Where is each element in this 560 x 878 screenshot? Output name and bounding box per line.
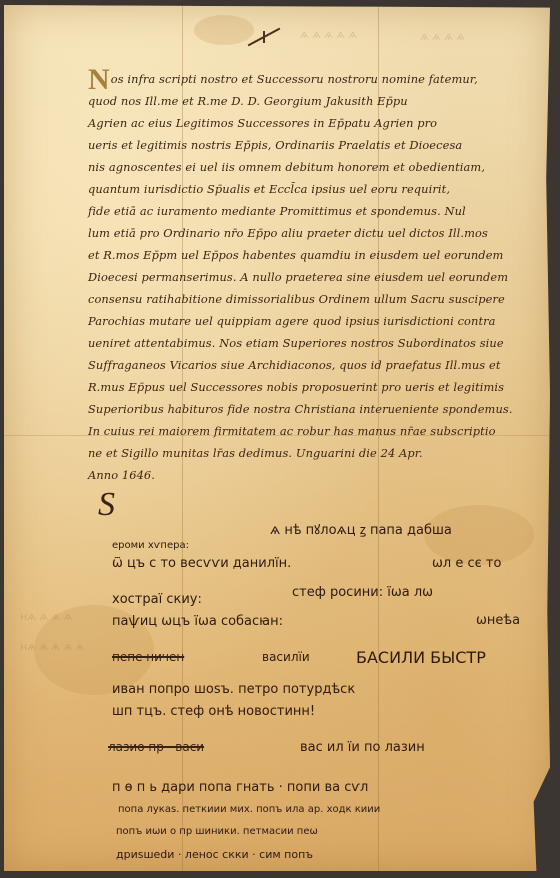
bleed-through-text: нѧ ѧ ѧ ѧ ѧ bbox=[20, 640, 84, 653]
bleed-through-text: ѧ ѧ ѧ ѧ bbox=[420, 30, 465, 43]
signature-line: ѿ цъ с то весѵѵи данилїн. bbox=[112, 556, 291, 571]
latin-line: In cuius rei maiorem firmitatem ac robur… bbox=[88, 420, 536, 442]
struck-signature: лазио пр · васи bbox=[108, 740, 204, 754]
latin-line: Dioecesi permanserimus. A nullo praetere… bbox=[88, 266, 536, 288]
page-flourish: S bbox=[98, 486, 115, 524]
signature-line: хостраї скиу: bbox=[112, 592, 202, 607]
latin-line: ueniret attentabimus. Nos etiam Superior… bbox=[88, 332, 536, 354]
latin-line: Agrien ac eius Legitimos Successores in … bbox=[88, 112, 536, 134]
latin-line: ueris et legitimis nostris Ep̄pis, Ordin… bbox=[88, 134, 536, 156]
bleed-through-text: нѧ ѧ ѧ ѧ bbox=[20, 610, 72, 623]
signature-line: ѡнеѣа bbox=[476, 613, 520, 628]
bleed-through-text: ѧ ѧ ѧ ѧ ѧ bbox=[300, 28, 357, 41]
latin-line: R.mus Ep̄pus uel Successores nobis propo… bbox=[88, 376, 536, 398]
signature-line: ероми хѵпера: bbox=[112, 540, 189, 551]
latin-line: Anno 1646. bbox=[88, 464, 536, 486]
latin-line: fide etiā ac iuramento mediante Promitti… bbox=[88, 200, 536, 222]
signature-line: попъ иѡи о пр шиники. петмасии пеѡ bbox=[116, 826, 318, 837]
signature-line: дриѕшеdи · ленос скки · сим попъ bbox=[116, 848, 313, 861]
signature-line: паѱиц ѡцъ їѡа собасꙗн: bbox=[112, 614, 283, 629]
stain bbox=[194, 15, 254, 45]
signature-line: ѧ нѣ пꙋлоѧц ꙁ папа дабша bbox=[270, 520, 452, 538]
signature-line: иван попро шоѕъ. петро потурдѣск bbox=[112, 682, 355, 697]
latin-line: Nos infra scripti nostro et Successoru n… bbox=[88, 68, 536, 90]
signature-line: попа лукаѕ. петкиии мих. попъ ила ар. хо… bbox=[118, 804, 380, 815]
signature-line: ѡл е сє то bbox=[432, 556, 501, 571]
latin-body: Nos infra scripti nostro et Successoru n… bbox=[88, 68, 536, 486]
signature-line: шп тцъ. стеф онѣ новостинн! bbox=[112, 704, 315, 719]
signature-line: п ѳ п ь дари попа гнать · попи ва сѵл bbox=[112, 780, 368, 795]
signature-line: БАСИЛИ БЫСТР bbox=[356, 648, 486, 667]
signature-line: ваc ил їи по лазин bbox=[300, 740, 425, 755]
latin-line: quod nos Ill.me et R.me D. D. Georgium J… bbox=[88, 90, 536, 112]
latin-line: nis agnoscentes ei uel iis omnem debitum… bbox=[88, 156, 536, 178]
latin-line: Superioribus habituros fide nostra Chris… bbox=[88, 398, 536, 420]
signature-line: стеф росини: їѡа лѡ bbox=[292, 585, 433, 600]
latin-line: lum etiā pro Ordinario nr̄o Ep̄po aliu p… bbox=[88, 222, 536, 244]
latin-line: ne et Sigillo munitas lr̄as dedimus. Ung… bbox=[88, 442, 536, 464]
latin-line: Parochias mutare uel quippiam agere quod… bbox=[88, 310, 536, 332]
latin-line: et R.mos Ep̄pm uel Ep̄pos habentes quamd… bbox=[88, 244, 536, 266]
latin-line: Suffraganeos Vicarios siue Archidiaconos… bbox=[88, 354, 536, 376]
latin-line: consensu ratihabitione dimissorialibus O… bbox=[88, 288, 536, 310]
latin-line: quantum iurisdictio Sp̄ualis et Eccl̄ca … bbox=[88, 178, 536, 200]
signature-line: василїи bbox=[262, 650, 310, 664]
struck-signature: пепе ничен bbox=[112, 650, 184, 664]
